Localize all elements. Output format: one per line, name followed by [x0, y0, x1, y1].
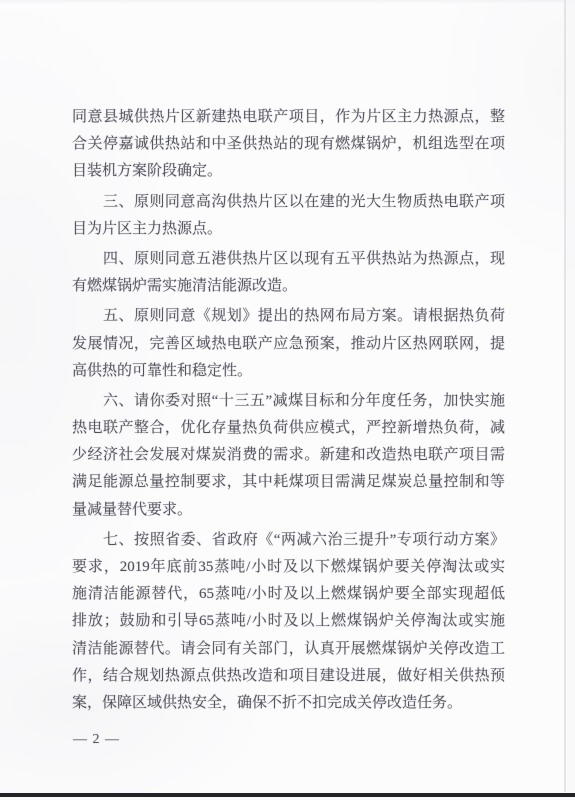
document-body: 同意县城供热片区新建热电联产项目，作为片区主力热源点，整 合关停嘉诚供热站和中圣…	[72, 104, 505, 717]
text-line: 排放；鼓励和引导65蒸吨/小时及以上燃煤锅炉关停淘汰或实施	[72, 608, 505, 635]
text-line: 六、请你委对照“十三五”减煤目标和分年度任务，加快实施	[72, 388, 505, 415]
text-line: 要求，2019年底前35蒸吨/小时及以下燃煤锅炉要关停淘汰或实	[72, 554, 505, 581]
text-line: 七、按照省委、省政府《“两减六治三提升”专项行动方案》	[72, 527, 505, 554]
text-line: 满足能源总量控制要求，其中耗煤项目需满足煤炭总量控制和等	[72, 469, 505, 496]
text-line: 三、原则同意高沟供热片区以在建的光大生物质热电联产项	[72, 189, 505, 216]
text-line: 目装机方案阶段确定。	[72, 158, 505, 185]
page-right-margin-tint	[566, 0, 575, 792]
text-line: 量减量替代要求。	[72, 497, 505, 524]
text-line: 目为片区主力热源点。	[72, 216, 505, 243]
text-line: 热电联产整合，优化存量热负荷供应模式，严控新增热负荷，减	[72, 415, 505, 442]
text-line: 案，保障区域供热安全，确保不折不扣完成关停改造任务。	[72, 690, 505, 717]
text-line: 同意县城供热片区新建热电联产项目，作为片区主力热源点，整	[72, 104, 505, 131]
text-line: 有燃煤锅炉需实施清洁能源改造。	[72, 273, 505, 300]
text-line: 合关停嘉诚供热站和中圣供热站的现有燃煤锅炉，机组选型在项	[72, 131, 505, 158]
text-line: 四、原则同意五港供热片区以现有五平供热站为热源点，现	[72, 246, 505, 273]
page-number: — 2 —	[73, 732, 120, 748]
text-line: 作，结合规划热源点供热改造和项目建设进展，做好相关供热预	[72, 663, 505, 690]
text-line: 清洁能源替代。请会同有关部门，认真开展燃煤锅炉关停改造工	[72, 636, 505, 663]
text-line: 发展情况，完善区域热电联产应急预案，推动片区热网联网，提	[72, 331, 505, 358]
text-line: 施清洁能源替代，65蒸吨/小时及以上燃煤锅炉要全部实现超低	[72, 581, 505, 608]
scan-crease-line	[564, 0, 566, 792]
text-line: 少经济社会发展对煤炭消费的需求。新建和改造热电联产项目需	[72, 442, 505, 469]
text-line: 高供热的可靠性和稳定性。	[72, 358, 505, 385]
text-line: 五、原则同意《规划》提出的热网布局方案。请根据热负荷	[72, 303, 505, 330]
